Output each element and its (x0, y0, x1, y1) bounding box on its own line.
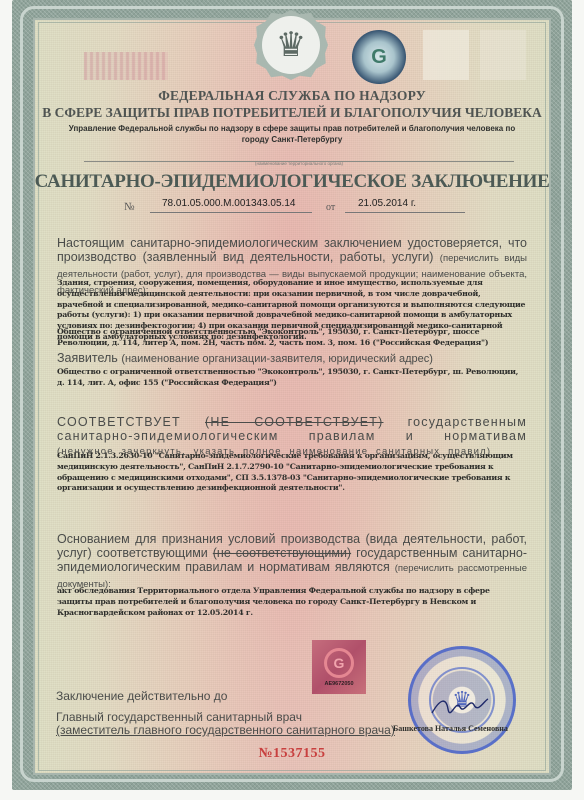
hologram-sticker: G АЕ9672050 (312, 640, 366, 694)
ghost-mark (423, 30, 469, 80)
signature-icon (430, 695, 490, 717)
conformity-status: СООТВЕТСТВУЕТ (57, 415, 181, 429)
applicant-label: Заявитель (57, 351, 118, 365)
doctor-name: Башкетова Наталья Семеновна (393, 724, 508, 733)
basis-documents: акт обследования Территориального отдела… (57, 586, 527, 618)
object-address: Общество с ограниченной ответственностью… (57, 327, 527, 349)
date-underline (345, 212, 465, 213)
ghost-stamp-mark (84, 52, 168, 80)
applicant-heading: Заявитель (наименование организации-заяв… (57, 351, 527, 365)
deputy-doctor-title: (заместитель главного государственного с… (56, 723, 395, 737)
number-underline (150, 212, 312, 213)
agency-name-line-2: В СФЕРЕ ЗАЩИТЫ ПРАВ ПОТРЕБИТЕЛЕЙ И БЛАГО… (33, 105, 551, 121)
sanitary-rules: СанПиН 2.1.3.2630-10 "Санитарно-эпидемио… (57, 451, 527, 494)
doctor-title: Главный государственный санитарный врач (56, 710, 302, 724)
hologram-code: АЕ9672050 (324, 681, 353, 687)
document-title: САНИТАРНО-ЭПИДЕМИОЛОГИЧЕСКОЕ ЗАКЛЮЧЕНИЕ (33, 171, 551, 193)
basis-struck: (не соответствующими) (213, 546, 351, 560)
territorial-department: Управление Федеральной службы по надзору… (56, 123, 528, 145)
double-headed-eagle-icon: ♛ (262, 16, 320, 74)
number-label: № (124, 201, 135, 213)
valid-until-label: Заключение действительно до (56, 689, 227, 703)
ghost-mark (480, 30, 526, 80)
registration-number: 78.01.05.000.М.001343.05.14 (162, 198, 295, 209)
applicant-value: Общество с ограниченной ответственностью… (57, 367, 527, 389)
conformity-struck: (НЕ СООТВЕТСТВУЕТ) (205, 415, 383, 429)
department-caption: (наименование территориального органа) (84, 161, 514, 166)
applicant-hint: (наименование организации-заявителя, юри… (121, 353, 433, 365)
hologram-logo-icon: G (324, 648, 354, 678)
basis-statement: Основанием для признания условий произво… (57, 532, 527, 592)
serial-number: №1537155 (33, 746, 551, 762)
hologram-icon: G (352, 30, 406, 84)
agency-name-line-1: ФЕДЕРАЛЬНАЯ СЛУЖБА ПО НАДЗОРУ (33, 88, 551, 104)
registration-date: 21.05.2014 г. (358, 198, 416, 209)
date-label: от (326, 202, 335, 213)
